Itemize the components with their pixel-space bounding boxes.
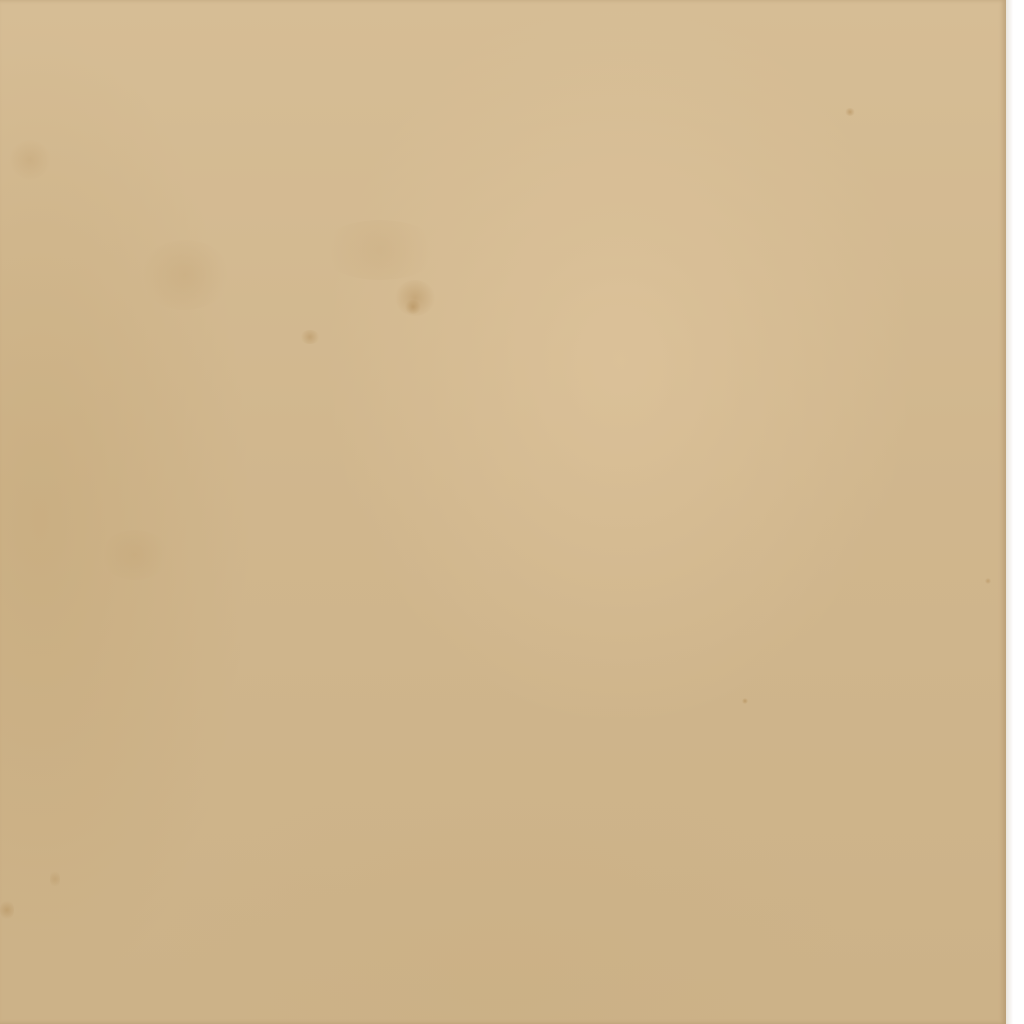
foxing-stain (100, 530, 170, 580)
document-page (0, 0, 1024, 1024)
foxing-stain (320, 220, 440, 280)
foxing-stain (0, 900, 14, 920)
aged-paper-sheet (0, 0, 1006, 1024)
foxing-stain (985, 578, 991, 584)
foxing-stain (742, 698, 748, 704)
page-margin-edge (1006, 0, 1024, 1024)
foxing-stain (405, 300, 421, 314)
foxing-stain (845, 108, 855, 116)
foxing-stain (395, 280, 435, 316)
foxing-stain (140, 240, 230, 310)
foxing-stain (50, 870, 60, 888)
foxing-stain (10, 140, 50, 180)
foxing-stain (300, 330, 320, 344)
